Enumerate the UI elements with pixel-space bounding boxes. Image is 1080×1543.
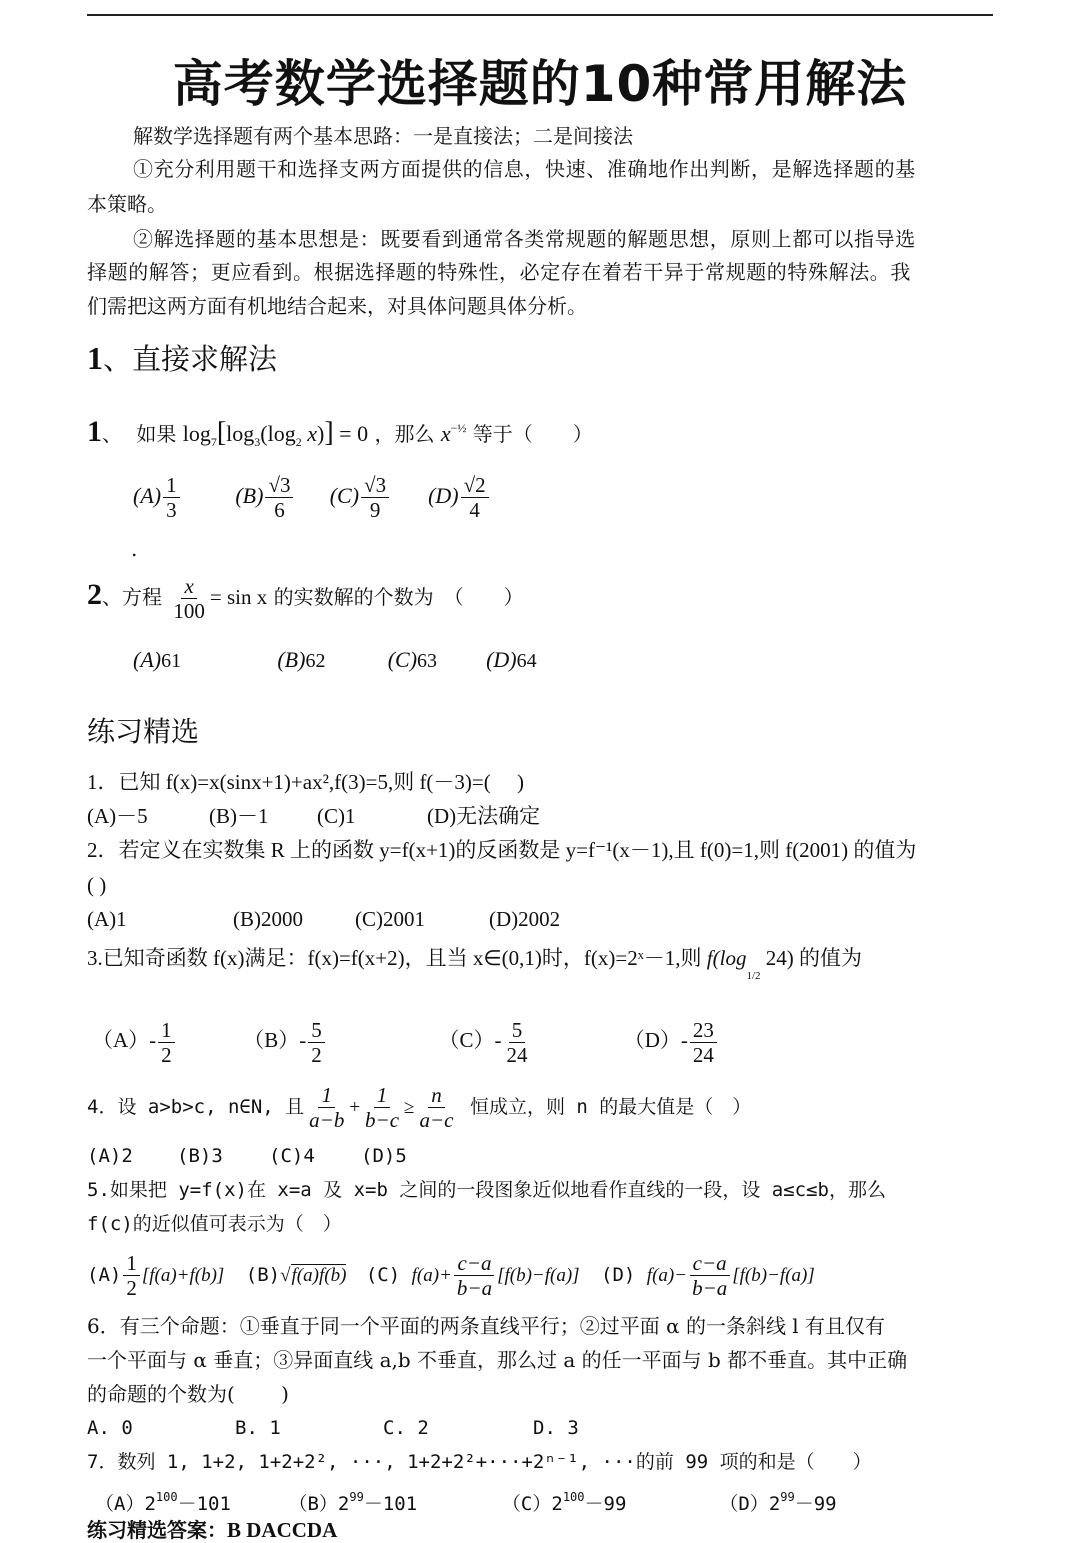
section-heading: 1、直接求解法 xyxy=(87,338,277,379)
intro-paragraph-2: ②解选择题的基本思想是：既要看到通常各类常规题的解题思想，原则上都可以指导选 xyxy=(133,225,916,253)
stem-prefix: 方程 xyxy=(122,585,162,609)
term-1: 1a−b xyxy=(306,1083,347,1132)
option-d[interactable]: D. 3 xyxy=(533,1414,579,1442)
section-title: 、直接求解法 xyxy=(103,342,277,376)
log-base: 1/2 xyxy=(746,970,760,982)
stem-prefix: 如果 xyxy=(136,422,176,446)
option-a[interactable]: (A)－5 xyxy=(87,802,209,830)
option-a[interactable]: A. 0 xyxy=(87,1414,235,1442)
option-c[interactable]: (C) f(a)+c−ab−a[f(b)−f(a)] xyxy=(366,1248,580,1303)
option-b[interactable]: （B）299－101 xyxy=(288,1483,490,1518)
stem-suffix: 恒成立，则 n 的最大值是（ ） xyxy=(470,1096,751,1118)
practice-q3-stem: 3.已知奇函数 f(x)满足：f(x)=f(x+2)，且当 x∈(0,1)时，f… xyxy=(87,944,862,990)
practice-q6-stem-end: 的命题的个数为( ) xyxy=(87,1380,289,1408)
practice-q2-stem: 2．若定义在实数集 R 上的函数 y=f(x+1)的反函数是 y=f⁻¹(x－1… xyxy=(87,836,916,864)
option-d[interactable]: (D) f(a)−c−ab−a[f(b)−f(a)] xyxy=(601,1248,815,1303)
option-a[interactable]: (A)13 xyxy=(133,466,229,526)
practice-q1-options: (A)－5(B)－1(C)1(D)无法确定 xyxy=(87,802,540,830)
intro-paragraph-1: ①充分利用题干和选择支两方面提供的信息，快速、准确地作出判断，是解选择题的基 xyxy=(133,155,916,183)
stem-suffix: 的实数解的个数为 （ ） xyxy=(274,585,524,609)
practice-q4-stem: 4．设 a>b>c, n∈N, 且1a−b+1b−c≥na−c 恒成立，则 n … xyxy=(87,1082,751,1133)
plus-sign: + xyxy=(349,1097,360,1118)
option-c[interactable]: (C)2001 xyxy=(355,905,489,933)
practice-q1-stem: 1．已知 f(x)=x(sinx+1)+ax²,f(3)=5,则 f(－3)=(… xyxy=(87,768,524,796)
practice-heading: 练习精选 xyxy=(87,712,199,752)
term-2: 1b−c xyxy=(362,1083,402,1132)
term-3: na−c xyxy=(416,1083,456,1132)
intro-paragraph-2-cont: 择题的解答；更应看到。根据选择题的特殊性，必定存在着若干异于常规题的特殊解法。我 xyxy=(87,258,911,286)
example-2-stem: 2、方程 x100= sin x 的实数解的个数为 （ ） xyxy=(87,570,524,623)
practice-q5-stem: 5.如果把 y=f(x)在 x=a 及 x=b 之间的一段图象近似地看作直线的一… xyxy=(87,1176,886,1204)
log-argument: 24) xyxy=(761,946,794,970)
separator: 、 xyxy=(102,585,122,609)
log-expression: f(log xyxy=(707,946,747,970)
option-c[interactable]: (C)1 xyxy=(317,802,427,830)
option-a[interactable]: （A）-12 xyxy=(92,1010,238,1070)
example-1-stem: 1、 如果 log7[log3(log2 x)] = 0 ，那么 x−½ 等于（… xyxy=(87,410,593,460)
option-b[interactable]: B. 1 xyxy=(235,1414,383,1442)
option-b[interactable]: (B)3 xyxy=(177,1142,269,1170)
practice-q7-options: （A）2100－101 （B）299－101 （C）2100－99 （D）299… xyxy=(95,1483,837,1518)
practice-q2-options: (A)1(B)2000(C)2001(D)2002 xyxy=(87,905,560,933)
option-b[interactable]: （B）-52 xyxy=(243,1010,433,1070)
stem-text: 3.已知奇函数 f(x)满足：f(x)=f(x+2)，且当 x∈(0,1)时，f… xyxy=(87,946,702,970)
option-b[interactable]: (B)√36 xyxy=(235,466,323,526)
option-b[interactable]: (B)√f(a)f(b) xyxy=(246,1248,347,1303)
option-a[interactable]: （A）2100－101 xyxy=(95,1483,277,1518)
intro-paragraph-1-cont: 本策略。 xyxy=(87,190,167,218)
practice-q5-options: (A)12[f(a)+f(b)] (B)√f(a)f(b) (C) f(a)+c… xyxy=(87,1248,815,1303)
example-2-options: (A)61 (B)62 (C)63 (D)64 xyxy=(133,646,537,675)
practice-q6-stem: 6．有三个命题：①垂直于同一个平面的两条直线平行；②过平面 α 的一条斜线 l … xyxy=(87,1312,885,1340)
geq-sign: ≥ xyxy=(404,1097,414,1118)
answer-key: 练习精选答案：B DACCDA xyxy=(87,1516,337,1543)
top-rule xyxy=(87,14,993,16)
stem-mid: ，那么 xyxy=(374,422,434,446)
option-b[interactable]: (B)－1 xyxy=(209,802,317,830)
option-c[interactable]: （C）-524 xyxy=(439,1010,619,1070)
answer-key-label: 练习精选答案： xyxy=(87,1518,227,1542)
stem-suffix: 的值为 xyxy=(799,946,862,970)
option-d[interactable]: （D）-2324 xyxy=(624,1010,719,1070)
option-a[interactable]: (A)61 xyxy=(133,646,271,675)
equation-rhs: = sin x xyxy=(210,585,267,609)
option-c[interactable]: C. 2 xyxy=(383,1414,533,1442)
option-b[interactable]: (B)62 xyxy=(277,646,381,675)
power-expression: x−½ xyxy=(441,421,467,446)
option-d[interactable]: （D）299－99 xyxy=(719,1483,836,1518)
example-number: 2 xyxy=(87,578,102,611)
option-c[interactable]: （C）2100－99 xyxy=(502,1483,708,1518)
page-title: 高考数学选择题的10种常用解法 xyxy=(0,52,1080,116)
answer-key-values: B DACCDA xyxy=(227,1518,337,1542)
intro-paragraph-2-end: 们需把这两方面有机地结合起来，对具体问题具体分析。 xyxy=(87,292,587,320)
option-a[interactable]: (A)1 xyxy=(87,905,233,933)
option-d[interactable]: (D)√24 xyxy=(428,466,491,526)
example-1-options: (A)13 (B)√36 (C)√39 (D)√24 xyxy=(133,466,491,526)
option-d[interactable]: (D)2002 xyxy=(489,905,560,933)
practice-q4-options: (A)2(B)3(C)4(D)5 xyxy=(87,1142,407,1170)
option-c[interactable]: (C)√39 xyxy=(330,466,422,526)
separator: 、 xyxy=(102,422,122,446)
stem-suffix: 等于（ ） xyxy=(473,422,593,446)
practice-q2-stem-cont: ( ) xyxy=(87,871,106,899)
practice-q6-options: A. 0B. 1C. 2D. 3 xyxy=(87,1414,579,1442)
section-number: 1 xyxy=(87,340,103,376)
practice-q3-options: （A）-12 （B）-52 （C）-524 （D）-2324 xyxy=(92,1010,719,1070)
stem-prefix: 4．设 a>b>c, n∈N, 且 xyxy=(87,1096,304,1118)
practice-q6-stem-cont: 一个平面与 α 垂直；③异面直线 a,b 不垂直，那么过 a 的任一平面与 b … xyxy=(87,1346,907,1374)
option-a[interactable]: (A)2 xyxy=(87,1142,177,1170)
stray-dot: . xyxy=(131,535,137,563)
option-c[interactable]: (C)63 xyxy=(388,646,480,675)
option-d[interactable]: (D)5 xyxy=(361,1142,407,1170)
option-d[interactable]: (D)无法确定 xyxy=(427,802,540,830)
fraction-x-over-100: x100 xyxy=(170,574,208,623)
practice-q7-stem: 7．数列 1, 1+2, 1+2+2², ···, 1+2+2²+···+2ⁿ⁻… xyxy=(87,1448,872,1476)
practice-q5-stem-cont: f(c)的近似值可表示为（ ） xyxy=(87,1210,342,1238)
log-equation: log7[log3(log2 x)] = 0 xyxy=(183,421,368,446)
option-d[interactable]: (D)64 xyxy=(486,646,537,675)
option-b[interactable]: (B)2000 xyxy=(233,905,355,933)
option-c[interactable]: (C)4 xyxy=(269,1142,361,1170)
example-number: 1 xyxy=(87,415,102,448)
option-a[interactable]: (A)12[f(a)+f(b)] xyxy=(87,1248,224,1303)
intro-line: 解数学选择题有两个基本思路：一是直接法；二是间接法 xyxy=(133,122,633,150)
